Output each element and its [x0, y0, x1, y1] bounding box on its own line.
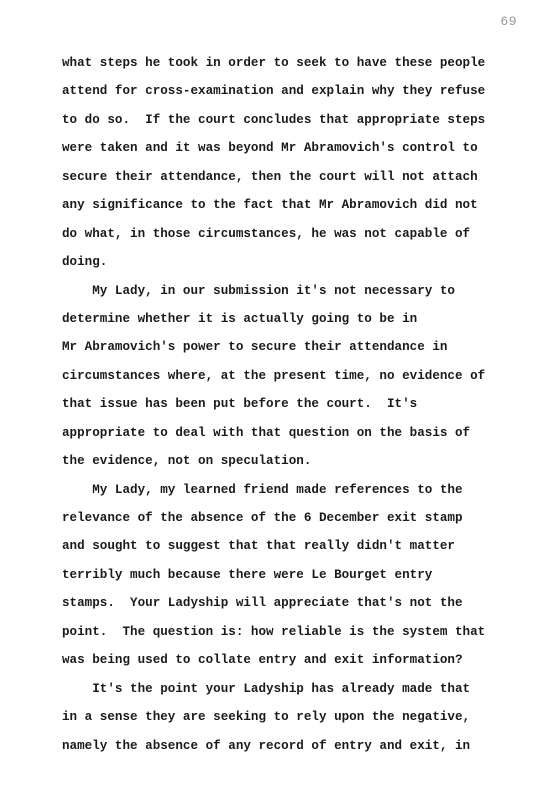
- transcript-line: determine whether it is actually going t…: [62, 305, 532, 333]
- transcript-line: and sought to suggest that that really d…: [62, 532, 532, 560]
- transcript-document-page: 69 what steps he took in order to seek t…: [0, 0, 558, 789]
- transcript-text-block: what steps he took in order to seek to h…: [62, 49, 532, 760]
- transcript-line: It's the point your Ladyship has already…: [62, 675, 532, 703]
- transcript-line: in a sense they are seeking to rely upon…: [62, 703, 532, 731]
- transcript-line: relevance of the absence of the 6 Decemb…: [62, 504, 532, 532]
- transcript-line: terribly much because there were Le Bour…: [62, 561, 532, 589]
- transcript-line: were taken and it was beyond Mr Abramovi…: [62, 134, 532, 162]
- transcript-line: the evidence, not on speculation.: [62, 447, 532, 475]
- transcript-line: appropriate to deal with that question o…: [62, 419, 532, 447]
- transcript-line: My Lady, in our submission it's not nece…: [62, 277, 532, 305]
- transcript-line: any significance to the fact that Mr Abr…: [62, 191, 532, 219]
- transcript-line: My Lady, my learned friend made referenc…: [62, 476, 532, 504]
- transcript-line: to do so. If the court concludes that ap…: [62, 106, 532, 134]
- page-number: 69: [500, 14, 517, 29]
- transcript-line: was being used to collate entry and exit…: [62, 646, 532, 674]
- transcript-line: doing.: [62, 248, 532, 276]
- transcript-line: point. The question is: how reliable is …: [62, 618, 532, 646]
- transcript-line: do what, in those circumstances, he was …: [62, 220, 532, 248]
- transcript-line: circumstances where, at the present time…: [62, 362, 532, 390]
- transcript-line: stamps. Your Ladyship will appreciate th…: [62, 589, 532, 617]
- transcript-line: attend for cross-examination and explain…: [62, 77, 532, 105]
- transcript-line: namely the absence of any record of entr…: [62, 732, 532, 760]
- transcript-line: what steps he took in order to seek to h…: [62, 49, 532, 77]
- transcript-line: Mr Abramovich's power to secure their at…: [62, 333, 532, 361]
- transcript-line: secure their attendance, then the court …: [62, 163, 532, 191]
- transcript-line: that issue has been put before the court…: [62, 390, 532, 418]
